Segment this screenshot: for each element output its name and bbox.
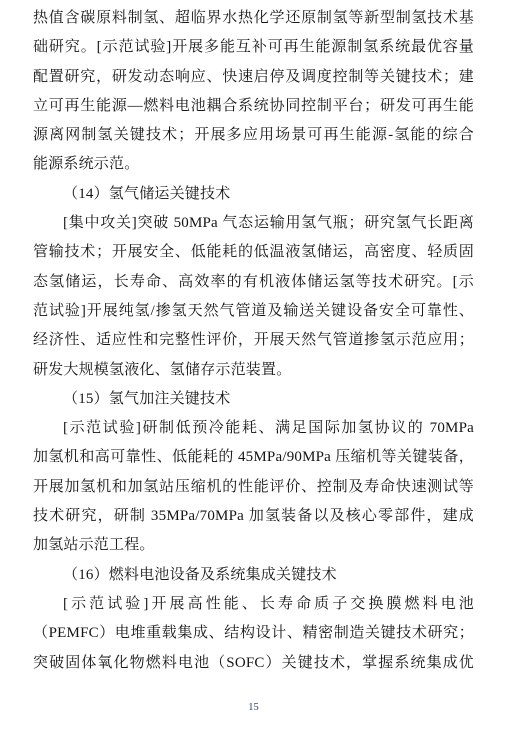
text-line: 突破固体氧化物燃料电池（SOFC）关键技术，掌握系统集成优 (33, 649, 474, 678)
text-line: 研发大规模氢液化、氢储存示范装置。 (33, 356, 474, 385)
text-line: 源离网制氢关键技术；开展多应用场景可再生能源-氢能的综合 (33, 121, 474, 150)
text-line: 热值含碳原料制氢、超临界水热化学还原制氢等新型制氢技术基 (33, 4, 474, 33)
text-line: [示范试验]研制低预冷能耗、满足国际加氢协议的 70MPa (33, 414, 474, 443)
section-heading-14: （14）氢气储运关键技术 (33, 180, 474, 209)
text-line: 态氢储运，长寿命、高效率的有机液体储运氢等技术研究。[示 (33, 268, 474, 297)
page-number: 15 (0, 701, 507, 715)
text-line: 立可再生能源—燃料电池耦合系统协同控制平台；研发可再生能 (33, 92, 474, 121)
text-line: [集中攻关]突破 50MPa 气态运输用氢气瓶；研究氢气长距离 (33, 209, 474, 238)
text-line: 管输技术；开展安全、低能耗的低温液氢储运，高密度、轻质固 (33, 238, 474, 267)
text-line: 开展加氢机和加氢站压缩机的性能评价、控制及寿命快速测试等 (33, 473, 474, 502)
text-line: 经济性、适应性和完整性评价，开展天然气管道掺氢示范应用； (33, 326, 474, 355)
text-line: 技术研究，研制 35MPa/70MPa 加氢装备以及核心零部件，建成 (33, 502, 474, 531)
body-text: 热值含碳原料制氢、超临界水热化学还原制氢等新型制氢技术基 础研究。[示范试验]开… (33, 4, 474, 678)
text-line: 础研究。[示范试验]开展多能互补可再生能源制氢系统最优容量 (33, 33, 474, 62)
text-line: 能源系统示范。 (33, 150, 474, 179)
text-line: （PEMFC）电堆重载集成、结构设计、精密制造关键技术研究； (33, 619, 474, 648)
section-heading-15: （15）氢气加注关键技术 (33, 385, 474, 414)
text-line: [示范试验]开展高性能、长寿命质子交换膜燃料电池 (33, 590, 474, 619)
text-line: 范试验]开展纯氢/掺氢天然气管道及输送关键设备安全可靠性、 (33, 297, 474, 326)
text-line: 加氢机和高可靠性、低能耗的 45MPa/90MPa 压缩机等关键装备， (33, 443, 474, 472)
section-heading-16: （16）燃料电池设备及系统集成关键技术 (33, 561, 474, 590)
text-line: 配置研究，研发动态响应、快速启停及调度控制等关键技术；建 (33, 63, 474, 92)
text-line: 加氢站示范工程。 (33, 531, 474, 560)
document-page: 热值含碳原料制氢、超临界水热化学还原制氢等新型制氢技术基 础研究。[示范试验]开… (0, 0, 507, 733)
